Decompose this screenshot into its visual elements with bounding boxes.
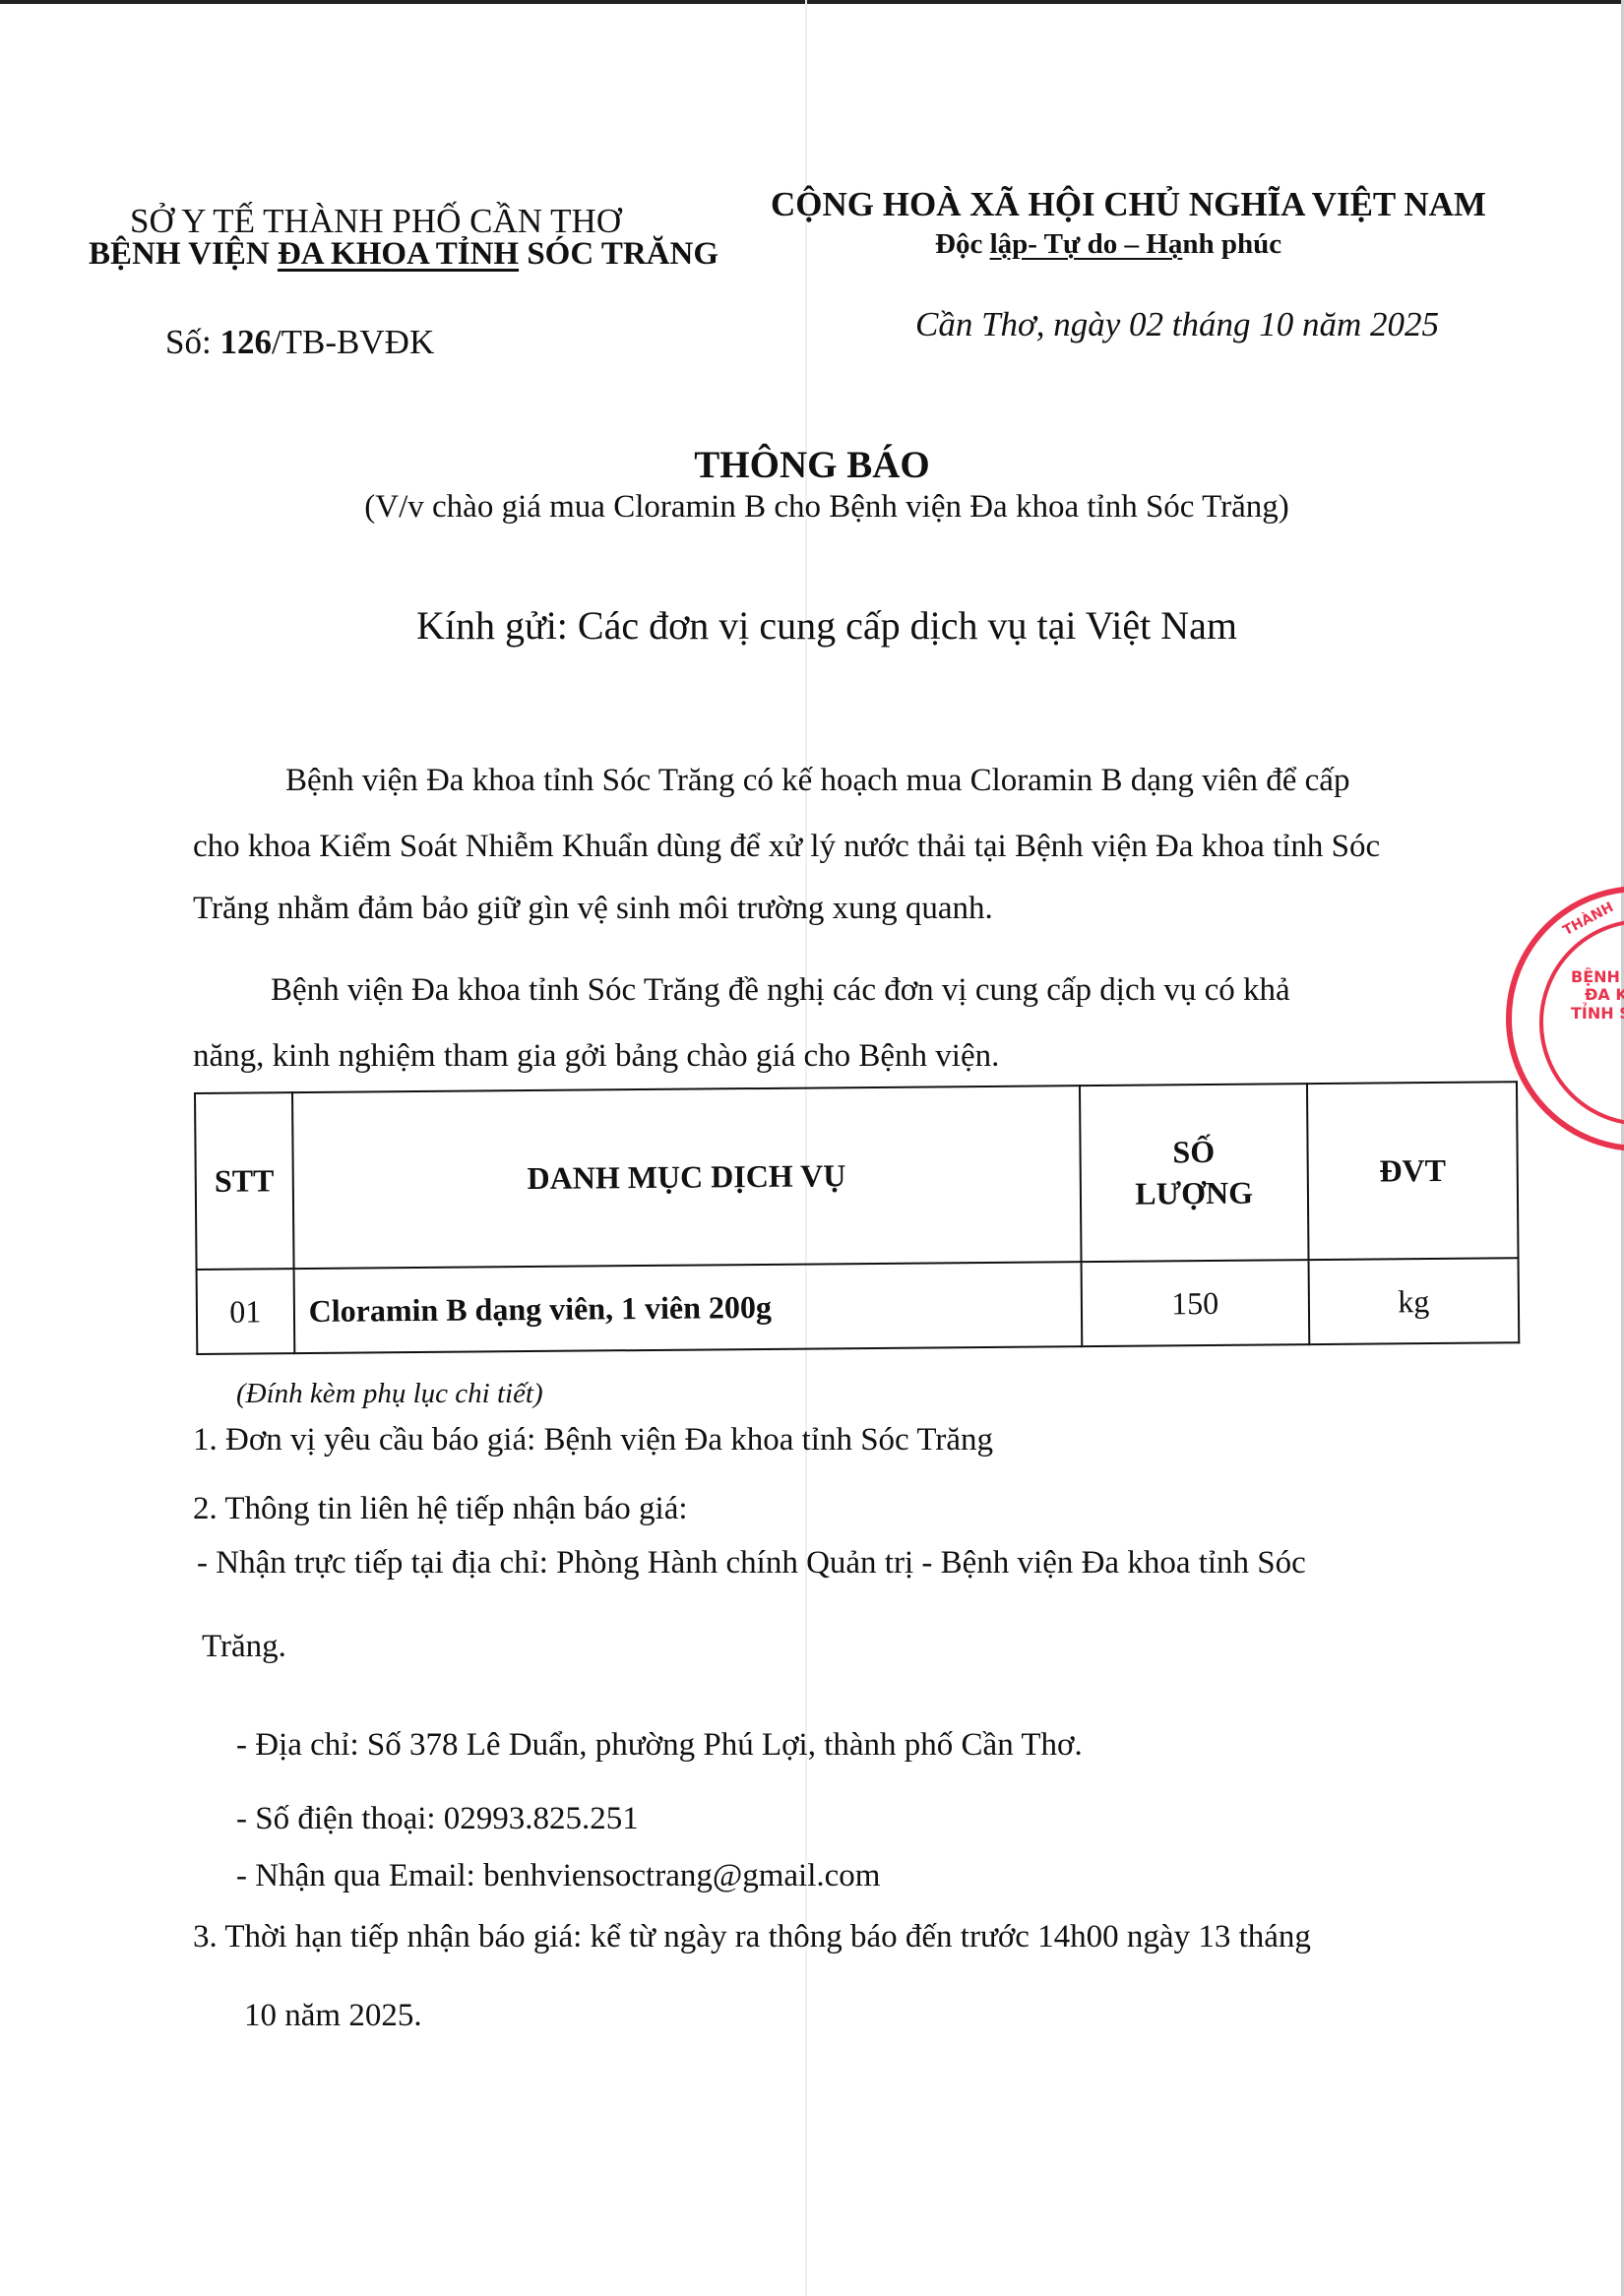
paragraph-2-line-2: năng, kinh nghiệm tham gia gởi bảng chào… [193,1038,999,1075]
item-2-direct-line-2: Trăng. [202,1629,286,1665]
paragraph-1-line-2: cho khoa Kiểm Soát Nhiễm Khuẩn dùng để x… [193,829,1380,865]
stamp-text: BỆNH V ĐA K TỈNH SÓ [1571,968,1624,1023]
table-header-row: STT DANH MỤC DỊCH VỤ SỐLƯỢNG ĐVT [195,1082,1519,1270]
attachment-note: (Đính kèm phụ lục chi tiết) [236,1378,543,1410]
hospital-suffix: SÓC TRĂNG [519,236,718,272]
hospital-underlined: ĐA KHOA TỈNH [278,236,519,272]
official-red-stamp: THÀNH BỆNH V ĐA K TỈNH SÓ [1506,886,1624,1151]
national-title: CỘNG HOÀ XÃ HỘI CHỦ NGHĨA VIỆT NAM [771,185,1486,224]
national-motto: Độc lập- Tự do – Hạnh phúc [935,228,1281,261]
document-subtitle: (V/v chào giá mua Cloramin B cho Bệnh vi… [0,489,1624,526]
cell-service-name: Cloramin B dạng viên, 1 viên 200g [293,1262,1082,1353]
hospital-prefix: BỆNH VIỆN [89,236,278,272]
contact-address: - Địa chỉ: Số 378 Lê Duẩn, phường Phú Lợ… [236,1727,1083,1764]
document-number: Số: 126/TB-BVĐK [165,323,434,362]
department-name: SỞ Y TẾ THÀNH PHỐ CẦN THƠ [130,202,621,241]
header-quantity: SỐLƯỢNG [1080,1084,1309,1262]
hospital-name: BỆNH VIỆN ĐA KHOA TỈNH SÓC TRĂNG [89,236,718,273]
cell-unit: kg [1308,1258,1519,1344]
paragraph-1-line-3: Trăng nhằm đảm bảo giữ gìn vệ sinh môi t… [193,891,993,927]
header-quantity-line-1: SỐ [1172,1134,1215,1169]
item-1: 1. Đơn vị yêu cầu báo giá: Bệnh viện Đa … [193,1422,993,1458]
stamp-line-2: ĐA K [1571,986,1624,1004]
paragraph-2-line-1: Bệnh viện Đa khoa tỉnh Sóc Trăng đề nghị… [271,972,1290,1009]
header-stt: STT [195,1092,293,1270]
item-2-direct-line-1: - Nhận trực tiếp tại địa chỉ: Phòng Hành… [197,1545,1306,1582]
table-row: 01 Cloramin B dạng viên, 1 viên 200g 150… [197,1258,1520,1354]
cell-quantity: 150 [1081,1260,1309,1346]
header-quantity-line-2: LƯỢNG [1135,1174,1253,1210]
item-3-line-2: 10 năm 2025. [244,1998,422,2034]
motto-underlined: lập- Tự do – Hạ [990,228,1183,260]
scan-top-edge [0,0,1624,4]
doc-no-value: 126 [219,323,272,361]
doc-no-label: Số: [165,323,219,361]
service-table: STT DANH MỤC DỊCH VỤ SỐLƯỢNG ĐVT 01 Clor… [194,1081,1520,1355]
document-title: THÔNG BÁO [0,443,1624,487]
paragraph-1-line-1: Bệnh viện Đa khoa tỉnh Sóc Trăng có kế h… [285,763,1349,799]
item-3-line-1: 3. Thời hạn tiếp nhận báo giá: kể từ ngà… [193,1919,1311,1955]
place-date: Cần Thơ, ngày 02 tháng 10 năm 2025 [915,305,1439,344]
contact-email: - Nhận qua Email: benhviensoctrang@gmail… [236,1858,880,1894]
item-2: 2. Thông tin liên hệ tiếp nhận báo giá: [193,1491,688,1527]
contact-phone: - Số điện thoại: 02993.825.251 [236,1801,639,1837]
header-unit: ĐVT [1307,1082,1519,1260]
cell-stt: 01 [197,1269,295,1354]
doc-no-suffix: /TB-BVĐK [272,323,434,361]
stamp-line-1: BỆNH V [1571,968,1624,986]
recipient-line: Kính gửi: Các đơn vị cung cấp dịch vụ tạ… [0,602,1624,649]
motto-prefix: Độc [935,228,990,260]
stamp-line-3: TỈNH SÓ [1571,1005,1624,1023]
motto-suffix: nh phúc [1182,228,1281,260]
header-service: DANH MỤC DỊCH VỤ [292,1086,1081,1269]
